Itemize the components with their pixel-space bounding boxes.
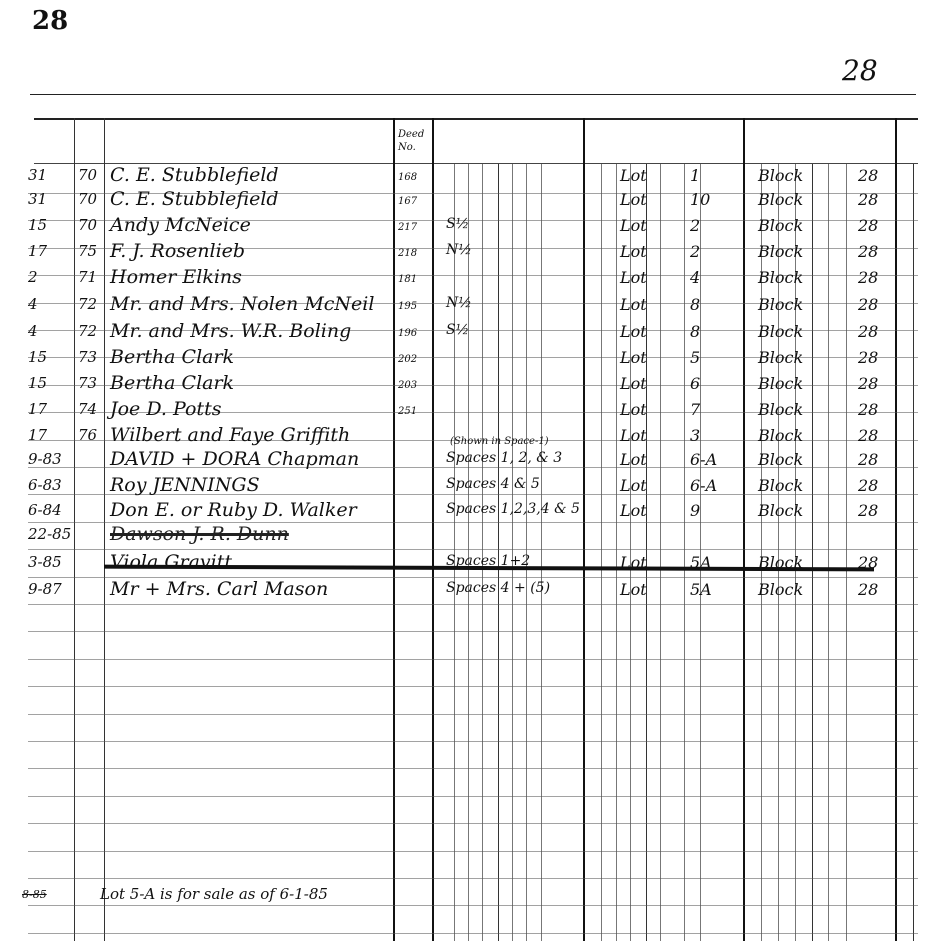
grid-row-line [28,741,918,742]
entry-block-label: Block [758,242,803,261]
entry-lot-number: 10 [690,190,710,209]
entry-day: 31 [28,166,68,184]
entry-block-label: Block [758,190,803,209]
entry-part: N½ [446,295,472,311]
entry-deed-no: 251 [398,406,417,417]
grid-column-line [104,118,105,941]
top-rule [30,94,916,95]
entry-name: DAVID + DORA Chapman [110,448,359,470]
entry-block-number: 28 [858,166,878,185]
entry-deed-no: 217 [398,222,417,233]
entry-block-number: 28 [858,268,878,287]
entry-deed-no: 203 [398,380,417,391]
entry-lot-label: Lot [620,374,647,393]
entry-lot-number: 9 [690,501,700,520]
entry-year: 70 [78,216,97,234]
entry-block-label: Block [758,295,803,314]
entry-lot-label: Lot [620,295,647,314]
grid-column-line [846,164,847,941]
entry-day: 15 [28,374,68,392]
entry-block-number: 28 [858,580,878,599]
grid-column-line [616,164,617,941]
entry-name: Mr + Mrs. Carl Mason [110,578,328,600]
footer-note: Lot 5-A is for sale as of 6-1-85 [100,885,328,903]
entry-day: 4 [28,295,68,313]
entry-lot-label: Lot [620,242,647,261]
entry-block-label: Block [758,216,803,235]
grid-row-line [28,549,918,550]
entry-part: Spaces 1, 2, & 3 [446,450,562,466]
entry-part-note: (Shown in Space-1) [450,436,549,447]
grid-column-line [684,164,685,941]
entry-lot-label: Lot [620,216,647,235]
entry-day: 15 [28,216,68,234]
grid-column-line [583,118,585,941]
entry-lot-number: 6-A [690,450,717,469]
entry-deed-no: 218 [398,248,417,259]
entry-name: Andy McNeice [110,214,251,236]
entry-name: Bertha Clark [110,372,234,394]
entry-name: Don E. or Ruby D. Walker [110,499,357,521]
entry-block-number: 28 [858,374,878,393]
grid-column-line [743,118,745,941]
entry-day: 9-87 [28,580,68,598]
entry-lot-label: Lot [620,166,647,185]
footer-note-date: 8-85 [22,888,47,901]
entry-lot-label: Lot [620,450,647,469]
grid-row-line [28,686,918,687]
entry-deed-no: 181 [398,274,417,285]
entry-lot-number: 4 [690,268,700,287]
entry-deed-no: 202 [398,354,417,365]
grid-column-line [913,164,914,941]
entry-block-number: 28 [858,216,878,235]
grid-row-line [28,631,918,632]
grid-row-line [28,796,918,797]
entry-block-label: Block [758,426,803,445]
entry-block-label: Block [758,322,803,341]
entry-lot-label: Lot [620,580,647,599]
entry-block-label: Block [758,400,803,419]
entry-lot-number: 2 [690,216,700,235]
entry-block-number: 28 [858,476,878,495]
entry-year: 71 [78,268,97,286]
entry-year: 70 [78,190,97,208]
entry-lot-number: 5A [690,580,712,599]
grid-row-line [28,823,918,824]
grid-row-line [28,851,918,852]
entry-year: 72 [78,295,97,313]
entry-year: 73 [78,348,97,366]
grid-column-line [828,164,829,941]
grid-row-line [28,714,918,715]
entry-block-number: 28 [858,242,878,261]
page-number-handwritten: 28 [842,54,878,87]
entry-block-number: 28 [858,322,878,341]
entry-name: Mr. and Mrs. W.R. Boling [110,320,351,342]
entry-name: Homer Elkins [110,266,242,288]
grid-column-line [393,118,395,941]
entry-block-number: 28 [858,348,878,367]
entry-block-label: Block [758,348,803,367]
entry-lot-number: 8 [690,322,700,341]
grid-row-line [28,878,918,879]
entry-year: 73 [78,374,97,392]
entry-lot-number: 3 [690,426,700,445]
entry-name: C. E. Stubblefield [110,188,279,210]
deed-no-header: Deed No. [398,128,430,154]
entry-day: 2 [28,268,68,286]
entry-lot-label: Lot [620,348,647,367]
entry-year: 76 [78,426,97,444]
entry-part: Spaces 1,2,3,4 & 5 [446,501,580,517]
entry-lot-label: Lot [620,268,647,287]
entry-part: S½ [446,322,469,338]
grid-column-line [660,164,661,941]
entry-year: 74 [78,400,97,418]
grid-column-line [601,164,602,941]
entry-part: S½ [446,216,469,232]
entry-day: 31 [28,190,68,208]
entry-year: 72 [78,322,97,340]
entry-deed-no: 195 [398,301,417,312]
entry-lot-label: Lot [620,501,647,520]
entry-day: 6-84 [28,501,68,519]
entry-name: Mr. and Mrs. Nolen McNeil [110,293,374,315]
entry-block-number: 28 [858,426,878,445]
entry-name: Viola Gravitt [110,551,232,573]
entry-lot-number: 7 [690,400,700,419]
entry-day: 3-85 [28,553,68,571]
entry-part: N½ [446,242,472,258]
entry-deed-no: 167 [398,196,417,207]
entry-block-label: Block [758,166,803,185]
entry-block-label: Block [758,476,803,495]
grid-column-line [74,118,75,941]
entry-block-label: Block [758,580,803,599]
grid-row-line [28,933,918,934]
entry-lot-label: Lot [620,476,647,495]
grid-row-line [28,659,918,660]
entry-year: 70 [78,166,97,184]
entry-day: 17 [28,426,68,444]
entry-day: 22-85 [28,525,68,543]
entry-lot-number: 1 [690,166,700,185]
grid-column-line [812,164,813,941]
entry-lot-number: 5 [690,348,700,367]
entry-lot-label: Lot [620,322,647,341]
entry-part: Spaces 4 & 5 [446,476,540,492]
grid-column-line [895,118,897,941]
entry-name: C. E. Stubblefield [110,164,279,186]
entry-deed-no: 196 [398,328,417,339]
entry-lot-number: 2 [690,242,700,261]
entry-name: Joe D. Potts [110,398,221,420]
grid-column-line [541,164,542,941]
entry-deed-no: 168 [398,172,417,183]
entry-name: Bertha Clark [110,346,234,368]
grid-row-line [28,604,918,605]
entry-lot-label: Lot [620,426,647,445]
entry-lot-label: Lot [620,190,647,209]
entry-part: Spaces 4 + (5) [446,580,550,596]
entry-block-number: 28 [858,501,878,520]
grid-row-line [28,768,918,769]
entry-name: Dawson J. R. Dunn [110,523,289,545]
entry-block-number: 28 [858,450,878,469]
entry-name: Wilbert and Faye Griffith [110,424,350,446]
grid-column-line [432,118,434,941]
entry-block-label: Block [758,501,803,520]
entry-day: 17 [28,400,68,418]
entry-day: 4 [28,322,68,340]
entry-block-label: Block [758,268,803,287]
page-number-printed: 28 [32,6,68,36]
entry-block-number: 28 [858,400,878,419]
entry-lot-number: 6-A [690,476,717,495]
entry-block-label: Block [758,374,803,393]
entry-day: 17 [28,242,68,260]
entry-day: 9-83 [28,450,68,468]
entry-day: 15 [28,348,68,366]
entry-lot-label: Lot [620,400,647,419]
entry-block-label: Block [758,450,803,469]
entry-name: F. J. Rosenlieb [110,240,245,262]
entry-block-number: 28 [858,295,878,314]
entry-day: 6-83 [28,476,68,494]
entry-lot-number: 6 [690,374,700,393]
entry-block-number: 28 [858,190,878,209]
entry-name: Roy JENNINGS [110,474,260,496]
header-rule [34,118,918,120]
entry-lot-number: 8 [690,295,700,314]
entry-year: 75 [78,242,97,260]
grid-row-line [28,905,918,906]
